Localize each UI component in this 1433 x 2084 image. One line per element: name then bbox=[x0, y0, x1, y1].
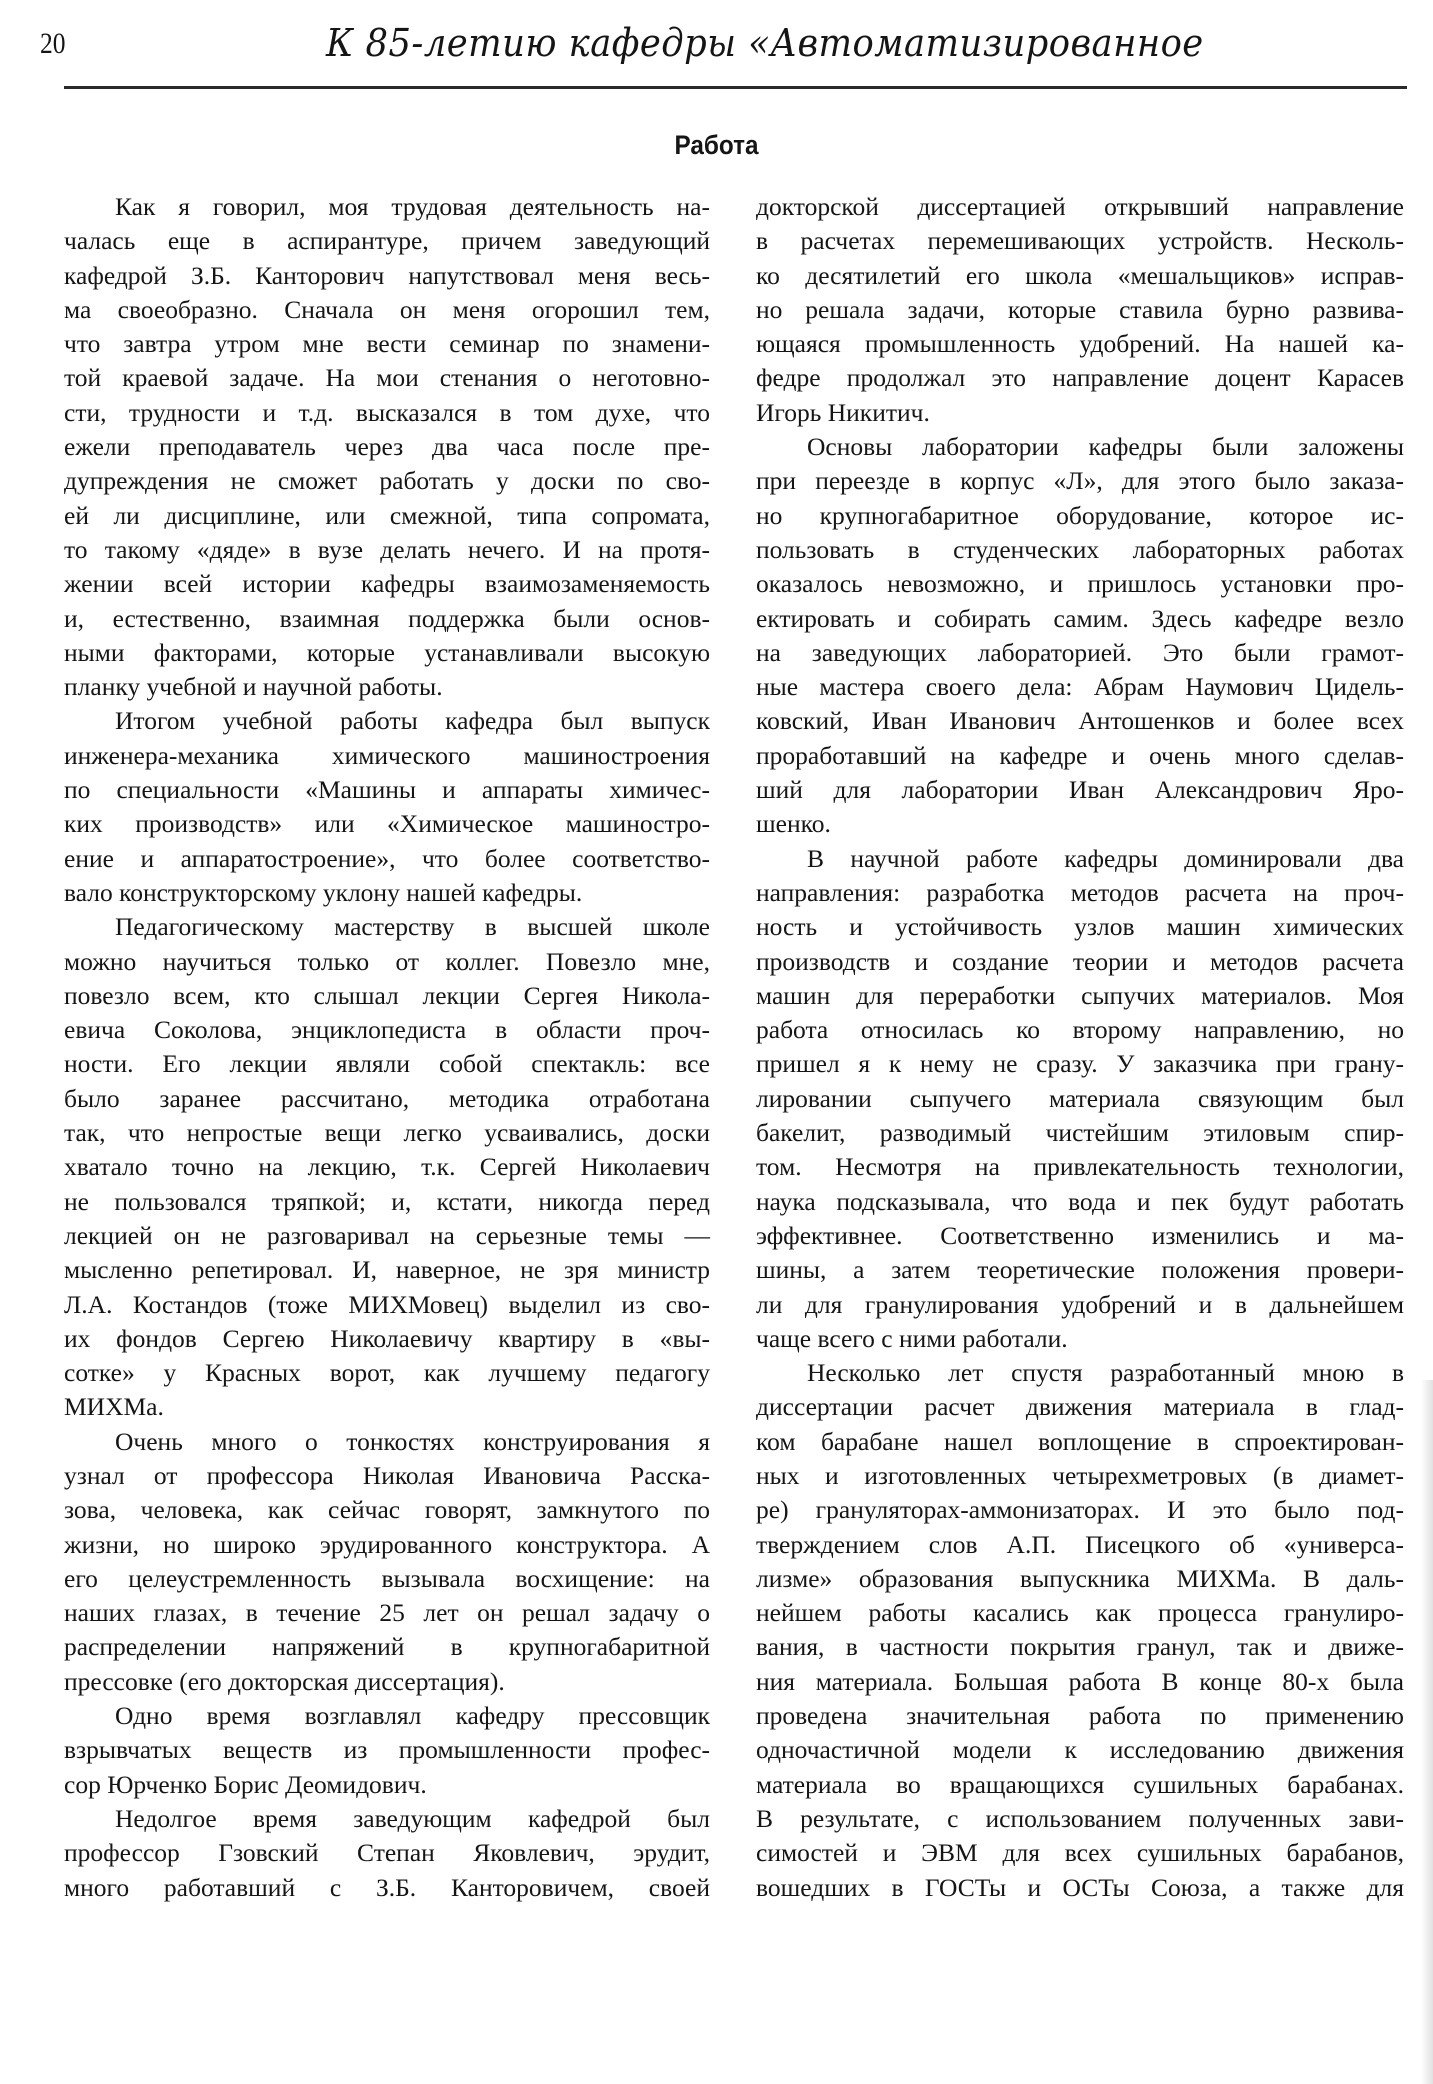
text-line: ко десятилетий его школа «мешальщиков» и… bbox=[756, 259, 1404, 293]
text-line: Одно время возглавлял кафедру прессовщик bbox=[64, 1699, 710, 1733]
text-line: лировании сыпучего материала связующим б… bbox=[756, 1082, 1404, 1116]
text-line: наука подсказывала, что вода и пек будут… bbox=[756, 1185, 1404, 1219]
text-line: тверждением слов А.П. Писецкого об «унив… bbox=[756, 1528, 1404, 1562]
text-line: машин для переработки сыпучих материалов… bbox=[756, 979, 1404, 1013]
text-line: лизме» образования выпускника МИХМа. В д… bbox=[756, 1562, 1404, 1596]
text-line: ными факторами, которые устанавливали вы… bbox=[64, 636, 710, 670]
text-line: то такому «дяде» в вузе делать нечего. И… bbox=[64, 533, 710, 567]
text-line: ение и аппаратостроение», что более соот… bbox=[64, 842, 710, 876]
text-line: ре) грануляторах-аммонизаторах. И это бы… bbox=[756, 1493, 1404, 1527]
text-line: производств и создание теории и методов … bbox=[756, 945, 1404, 979]
text-line: пришел я к нему не сразу. У заказчика пр… bbox=[756, 1047, 1404, 1081]
text-line: Очень много о тонкостях конструирования … bbox=[64, 1425, 710, 1459]
text-line: лекцией он не разговаривал на серьезные … bbox=[64, 1219, 710, 1253]
text-line: докторской диссертацией открывший направ… bbox=[756, 190, 1404, 224]
left-column: Как я говорил, моя трудовая деятельность… bbox=[64, 190, 710, 1905]
text-line: профессор Гзовский Степан Яковлевич, эру… bbox=[64, 1836, 710, 1870]
text-line: но решала задачи, которые ставила бурно … bbox=[756, 293, 1404, 327]
text-line: Л.А. Костандов (тоже МИХМовец) выделил и… bbox=[64, 1288, 710, 1322]
text-line: вошедших в ГОСТы и ОСТы Союза, а также д… bbox=[756, 1871, 1404, 1905]
text-line: его целеустремленность вызывала восхищен… bbox=[64, 1562, 710, 1596]
text-line: том. Несмотря на привлекательность техно… bbox=[756, 1150, 1404, 1184]
text-line: много работавший с З.Б. Канторовичем, св… bbox=[64, 1871, 710, 1905]
text-line: федре продолжал это направление доцент К… bbox=[756, 361, 1404, 395]
page-number: 20 bbox=[40, 26, 66, 62]
text-line: ком барабане нашел воплощение в спроекти… bbox=[756, 1425, 1404, 1459]
section-title: Работа bbox=[72, 128, 1362, 162]
text-line: их фондов Сергею Николаевичу квартиру в … bbox=[64, 1322, 710, 1356]
text-line: направления: разработка методов расчета … bbox=[756, 876, 1404, 910]
text-line: наших глазах, в течение 25 лет он решал … bbox=[64, 1596, 710, 1630]
text-line: но крупногабаритное оборудование, которо… bbox=[756, 499, 1404, 533]
text-line: сти, трудности и т.д. высказался в том д… bbox=[64, 396, 710, 430]
text-line: В научной работе кафедры доминировали дв… bbox=[756, 842, 1404, 876]
text-line: Недолгое время заведующим кафедрой был bbox=[64, 1802, 710, 1836]
text-line: узнал от профессора Николая Ивановича Ра… bbox=[64, 1459, 710, 1493]
text-line: ность и устойчивость узлов машин химичес… bbox=[756, 910, 1404, 944]
text-line: эффективнее. Соответственно изменились и… bbox=[756, 1219, 1404, 1253]
text-line: оказалось невозможно, и пришлось установ… bbox=[756, 567, 1404, 601]
text-line: Итогом учебной работы кафедра был выпуск bbox=[64, 704, 710, 738]
text-line: пользовать в студенческих лабораторных р… bbox=[756, 533, 1404, 567]
text-line: ности. Его лекции являли собой спектакль… bbox=[64, 1047, 710, 1081]
text-line: Как я говорил, моя трудовая деятельность… bbox=[64, 190, 710, 224]
text-line: одночастичной модели к исследованию движ… bbox=[756, 1733, 1404, 1767]
right-column: докторской диссертацией открывший направ… bbox=[756, 190, 1404, 1905]
text-line: шины, а затем теоретические положения пр… bbox=[756, 1253, 1404, 1287]
text-line: можно научиться только от коллег. Повезл… bbox=[64, 945, 710, 979]
text-line: Игорь Никитич. bbox=[756, 396, 1404, 430]
text-line: не пользовался тряпкой; и, кстати, никог… bbox=[64, 1185, 710, 1219]
text-line: при переезде в корпус «Л», для этого был… bbox=[756, 464, 1404, 498]
text-line: было заранее рассчитано, методика отрабо… bbox=[64, 1082, 710, 1116]
text-line: на заведующих лабораторией. Это были гра… bbox=[756, 636, 1404, 670]
text-line: ния материала. Большая работа В конце 80… bbox=[756, 1665, 1404, 1699]
text-line: мысленно репетировал. И, наверное, не зр… bbox=[64, 1253, 710, 1287]
text-line: жении всей истории кафедры взаимозаменяе… bbox=[64, 567, 710, 601]
text-line: чалась еще в аспирантуре, причем заведую… bbox=[64, 224, 710, 258]
text-line: хватало точно на лекцию, т.к. Сергей Ник… bbox=[64, 1150, 710, 1184]
text-line: и, естественно, взаимная поддержка были … bbox=[64, 602, 710, 636]
text-line: ший для лаборатории Иван Александрович Я… bbox=[756, 773, 1404, 807]
text-line: взрывчатых веществ из промышленности про… bbox=[64, 1733, 710, 1767]
text-line: шенко. bbox=[756, 807, 1404, 841]
text-line: кафедрой З.Б. Канторович напутствовал ме… bbox=[64, 259, 710, 293]
text-line: чаще всего с ними работали. bbox=[756, 1322, 1404, 1356]
text-line: так, что непростые вещи легко усваивалис… bbox=[64, 1116, 710, 1150]
text-line: проработавший на кафедре и очень много с… bbox=[756, 739, 1404, 773]
text-line: вания, в частности покрытия гранул, так … bbox=[756, 1630, 1404, 1664]
text-line: жизни, но широко эрудированного конструк… bbox=[64, 1528, 710, 1562]
text-line: Основы лаборатории кафедры были заложены bbox=[756, 430, 1404, 464]
text-line: работа относилась ко второму направлению… bbox=[756, 1013, 1404, 1047]
text-line: зова, человека, как сейчас говорят, замк… bbox=[64, 1493, 710, 1527]
text-line: распределении напряжений в крупногабарит… bbox=[64, 1630, 710, 1664]
text-line: Педагогическому мастерству в высшей школ… bbox=[64, 910, 710, 944]
text-line: ющаяся промышленность удобрений. На наше… bbox=[756, 327, 1404, 361]
text-line: прессовке (его докторская диссертация). bbox=[64, 1665, 710, 1699]
text-line: евича Соколова, энциклопедиста в области… bbox=[64, 1013, 710, 1047]
text-line: ежели преподаватель через два часа после… bbox=[64, 430, 710, 464]
text-line: проведена значительная работа по примене… bbox=[756, 1699, 1404, 1733]
text-line: материала во вращающихся сушильных бараб… bbox=[756, 1768, 1404, 1802]
text-line: планку учебной и научной работы. bbox=[64, 670, 710, 704]
text-line: МИХМа. bbox=[64, 1390, 710, 1424]
text-line: ные мастера своего дела: Абрам Наумович … bbox=[756, 670, 1404, 704]
text-line: диссертации расчет движения материала в … bbox=[756, 1390, 1404, 1424]
text-line: повезло всем, кто слышал лекции Сергея Н… bbox=[64, 979, 710, 1013]
text-line: что завтра утром мне вести семинар по зн… bbox=[64, 327, 710, 361]
running-head: К 85-летию кафедры «Автоматизированное bbox=[326, 18, 1204, 68]
text-line: сотке» у Красных ворот, как лучшему педа… bbox=[64, 1356, 710, 1390]
text-line: вало конструкторскому уклону нашей кафед… bbox=[64, 876, 710, 910]
text-line: ектировать и собирать самим. Здесь кафед… bbox=[756, 602, 1404, 636]
text-line: ковский, Иван Иванович Антошенков и боле… bbox=[756, 704, 1404, 738]
text-line: ли для гранулирования удобрений и в даль… bbox=[756, 1288, 1404, 1322]
text-line: в расчетах перемешивающих устройств. Нес… bbox=[756, 224, 1404, 258]
text-line: по специальности «Машины и аппараты хими… bbox=[64, 773, 710, 807]
text-line: ей ли дисциплине, или смежной, типа сопр… bbox=[64, 499, 710, 533]
header-rule bbox=[64, 86, 1407, 89]
text-line: ма своеобразно. Сначала он меня огорошил… bbox=[64, 293, 710, 327]
scan-edge-shadow bbox=[1421, 1380, 1433, 2084]
text-line: бакелит, разводимый чистейшим этиловым с… bbox=[756, 1116, 1404, 1150]
text-line: нейшем работы касались как процесса гран… bbox=[756, 1596, 1404, 1630]
text-line: инженера-механика химического машиностро… bbox=[64, 739, 710, 773]
text-line: сор Юрченко Борис Деомидович. bbox=[64, 1768, 710, 1802]
text-line: той краевой задаче. На мои стенания о не… bbox=[64, 361, 710, 395]
text-line: дупреждения не сможет работать у доски п… bbox=[64, 464, 710, 498]
text-line: ких производств» или «Химическое машинос… bbox=[64, 807, 710, 841]
text-line: Несколько лет спустя разработанный мною … bbox=[756, 1356, 1404, 1390]
text-line: В результате, с использованием полученны… bbox=[756, 1802, 1404, 1836]
text-line: симостей и ЭВМ для всех сушильных бараба… bbox=[756, 1836, 1404, 1870]
text-line: ных и изготовленных четырехметровых (в д… bbox=[756, 1459, 1404, 1493]
